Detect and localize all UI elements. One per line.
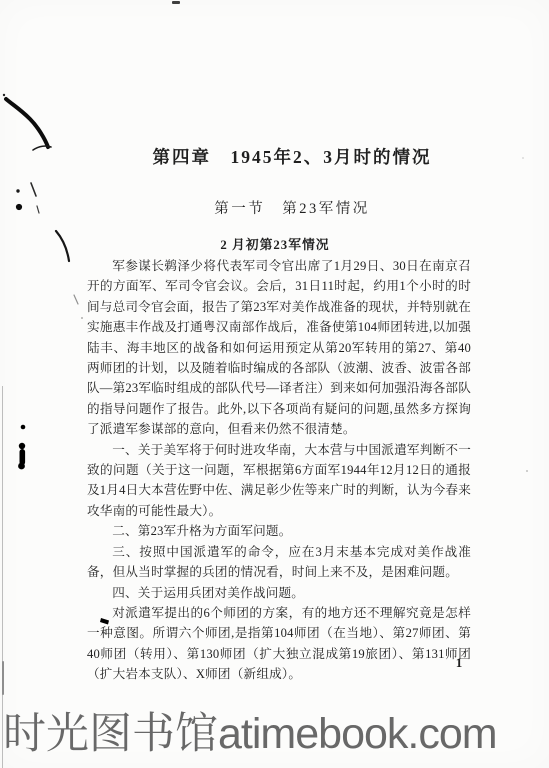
- ink-dash-icon: [37, 206, 39, 213]
- ink-dot-icon: [21, 425, 26, 430]
- body-text: 军参谋长鹈泽少将代表军司令官出席了1月29日、30日在南京召开的方面军、军司令官…: [87, 256, 471, 685]
- paragraph: 军参谋长鹈泽少将代表军司令官出席了1月29日、30日在南京召开的方面军、军司令官…: [87, 256, 471, 440]
- watermark-site-url: atimebook.com: [218, 710, 497, 758]
- page-number: 1: [448, 655, 470, 671]
- ink-blob-icon: [18, 463, 25, 470]
- ink-stroke-hook-icon: [33, 146, 51, 150]
- ink-speck-icon: [526, 470, 528, 472]
- paragraph: 四、关于运用兵团对美作战问题。: [87, 583, 471, 603]
- ink-dot-icon: [16, 204, 22, 210]
- top-edge-mark-icon: [172, 1, 180, 4]
- ink-dot-icon: [16, 189, 19, 192]
- ink-dash-icon: [74, 295, 78, 304]
- scanned-book-page: 第四章 1945年2、3月时的情况 第一节 第23军情况 2 月初第23军情况 …: [0, 0, 549, 768]
- ink-speck-icon: [3, 94, 5, 96]
- ink-blob-icon: [20, 449, 26, 465]
- paragraph: 二、第23军升格为方面军问题。: [87, 521, 471, 541]
- paragraph: 三、按照中国派遣军的命令，应在3月末基本完成对美作战准备，但从当时掌握的兵团的情…: [87, 542, 471, 583]
- section-title: 第一节 第23军情况: [80, 197, 504, 218]
- ink-speck-icon: [81, 317, 83, 319]
- chapter-title: 第四章 1945年2、3月时的情况: [80, 144, 504, 169]
- watermark: 时光图书馆atimebook.com: [3, 700, 497, 761]
- ink-speck-icon: [522, 157, 524, 159]
- paragraph: 一、关于美军将于何时进攻华南，大本营与中国派遣军判断不一致的问题（关于这一问题，…: [87, 440, 471, 522]
- ink-dash-icon: [31, 183, 36, 196]
- subsection-title: 2 月初第23军情况: [58, 234, 492, 253]
- left-scan-line-dark-segment: [2, 661, 4, 695]
- ink-stroke-icon: [6, 99, 48, 147]
- ink-blob-icon: [19, 443, 25, 449]
- watermark-library-name: 时光图书馆: [3, 710, 218, 758]
- paragraph: 对派遣军提出的6个师团的方案，有的地方还不理解究竟是怎样一种意图。所谓六个师团,…: [87, 603, 471, 685]
